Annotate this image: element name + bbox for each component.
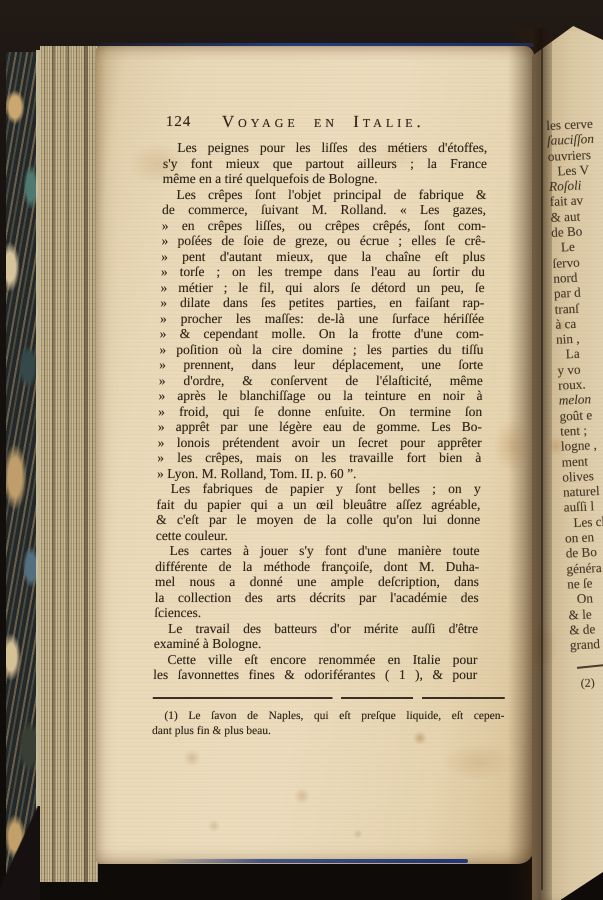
- page-body: Les peignes pour les liſſes des métiers …: [153, 140, 487, 683]
- footnote-line: (1) Le ſavon de Naples, qui eſt preſque …: [152, 709, 504, 724]
- body-line: » torſe ; on les trempe dans l'eau au ſo…: [161, 264, 485, 280]
- running-head: 124 Voyage en Italie.: [163, 112, 488, 140]
- text-fragment: de Bo: [565, 543, 603, 561]
- body-line: » & cependant molle. On la frotte d'une …: [160, 326, 484, 342]
- text-fragment: roux.: [558, 375, 603, 393]
- right-page-text-block: les cerveſauciſſonouvriersLes VRoſolifai…: [546, 115, 603, 692]
- text-fragment: & le: [568, 604, 603, 622]
- body-line: » pent d'autant mieux, que la chaîne eſt…: [161, 249, 485, 265]
- body-line: Les fabriques de papier y ſont belles ; …: [157, 481, 481, 497]
- text-fragment: ne ſe: [567, 573, 603, 591]
- text-fragment: tent ;: [560, 420, 603, 438]
- text-fragment: naturel: [563, 482, 603, 500]
- right-page-fragments: les cerveſauciſſonouvriersLes VRoſolifai…: [546, 115, 603, 653]
- body-line: Les crêpes ſont l'objet principal de fab…: [162, 187, 486, 203]
- text-fragment: logne ,: [561, 436, 603, 454]
- body-line: » apprêt par une légère eau de gomme. Le…: [158, 419, 482, 435]
- body-line: de commerce, ſuivant M. Rolland. « Les g…: [162, 202, 486, 218]
- body-line: » dilate dans ſes petites parties, en fa…: [160, 295, 484, 311]
- marbled-cover-edge: [6, 52, 38, 878]
- footnote-line: dant plus fin & plus beau.: [152, 724, 504, 739]
- body-line: » froid, qui ſe donne enſuite. On termin…: [158, 404, 482, 420]
- footnote: (1) Le ſavon de Naples, qui eſt preſque …: [152, 709, 505, 739]
- text-fragment: généra: [566, 558, 603, 576]
- footnote-rule: [153, 697, 505, 699]
- body-line: & c'eſt par le moyen de la colle qu'on l…: [156, 512, 480, 528]
- body-line: Les peignes pour les liſſes des métiers …: [163, 140, 487, 156]
- body-line: » les crêpes, mais on les travaille fort…: [157, 450, 481, 466]
- body-line: la collection des arts décrits par l'aca…: [155, 590, 479, 606]
- running-title: Voyage en Italie.: [222, 112, 425, 132]
- body-line: » après le blanchiſſage ou la teinture e…: [158, 388, 482, 404]
- body-line: cette couleur.: [156, 528, 480, 544]
- text-fragment: on en: [565, 527, 603, 545]
- left-page-text-block: 124 Voyage en Italie. Les peignes pour l…: [152, 112, 488, 739]
- text-fragment: On: [568, 589, 603, 607]
- text-fragment: & de: [569, 619, 603, 637]
- body-line: même en a tiré quelquefois de Bologne.: [163, 171, 487, 187]
- gutter-crease: [541, 30, 543, 890]
- text-fragment: grand: [570, 634, 603, 652]
- blue-stained-bottom-edge: [150, 859, 468, 863]
- body-line: examiné à Bologne.: [154, 636, 478, 652]
- body-line: » lonois prétendent avoir un ſecret pour…: [158, 435, 482, 451]
- body-line: » procher les maſſes: de-là une ſurface …: [160, 311, 484, 327]
- body-line: mel nous a donné une ample deſcription, …: [155, 574, 479, 590]
- body-line: » en crêpes liſſes, ou crêpes crêpés, ſo…: [162, 218, 486, 234]
- body-line: s'y font mieux que partout ailleurs ; la…: [163, 156, 487, 172]
- right-footnote-mark: (2): [571, 674, 603, 692]
- page-number: 124: [166, 114, 192, 131]
- body-line: différente de la méthode françoiſe, dont…: [155, 559, 479, 575]
- body-line: les ſavonnettes fines & odoriférantes ( …: [153, 667, 477, 683]
- body-line: Le travail des batteurs d'or mérite auſſ…: [154, 621, 478, 637]
- text-fragment: ment: [561, 451, 603, 469]
- right-footnote-rule: [577, 661, 603, 669]
- body-line: » poſées de ſoie de greze, ou écrue ; el…: [161, 233, 485, 249]
- body-line: Cette ville eſt encore renommée en Itali…: [153, 652, 477, 668]
- footnote-block: (1) Le ſavon de Naples, qui eſt preſque …: [152, 697, 505, 739]
- body-line: » prennent, dans leur déplacement, une ſ…: [159, 357, 483, 373]
- photo-of-open-book: 124 Voyage en Italie. Les peignes pour l…: [0, 0, 603, 900]
- body-line: Les cartes à jouer s'y font d'une manièr…: [155, 543, 479, 559]
- text-fragment: goût e: [559, 405, 603, 423]
- body-line: » d'ordre, & conſervent de l'élaſticité,…: [159, 373, 483, 389]
- body-line: fait du papier qui a un œil bleuâtre aſſ…: [156, 497, 480, 513]
- body-line: » Lyon. M. Rolland, Tom. II. p. 60 ”.: [157, 466, 481, 482]
- text-fragment: auſſi l: [563, 497, 603, 515]
- body-line: » poſition où la cire domine ; les parti…: [159, 342, 483, 358]
- text-fragment: melon: [558, 390, 603, 408]
- background-corner-shadow: [0, 806, 40, 900]
- body-line: » métier ; le fil, qui alors ſe détord u…: [160, 280, 484, 296]
- body-line: ſciences.: [154, 605, 478, 621]
- text-fragment: olives: [562, 466, 603, 484]
- stacked-page-fore-edge: [40, 46, 98, 882]
